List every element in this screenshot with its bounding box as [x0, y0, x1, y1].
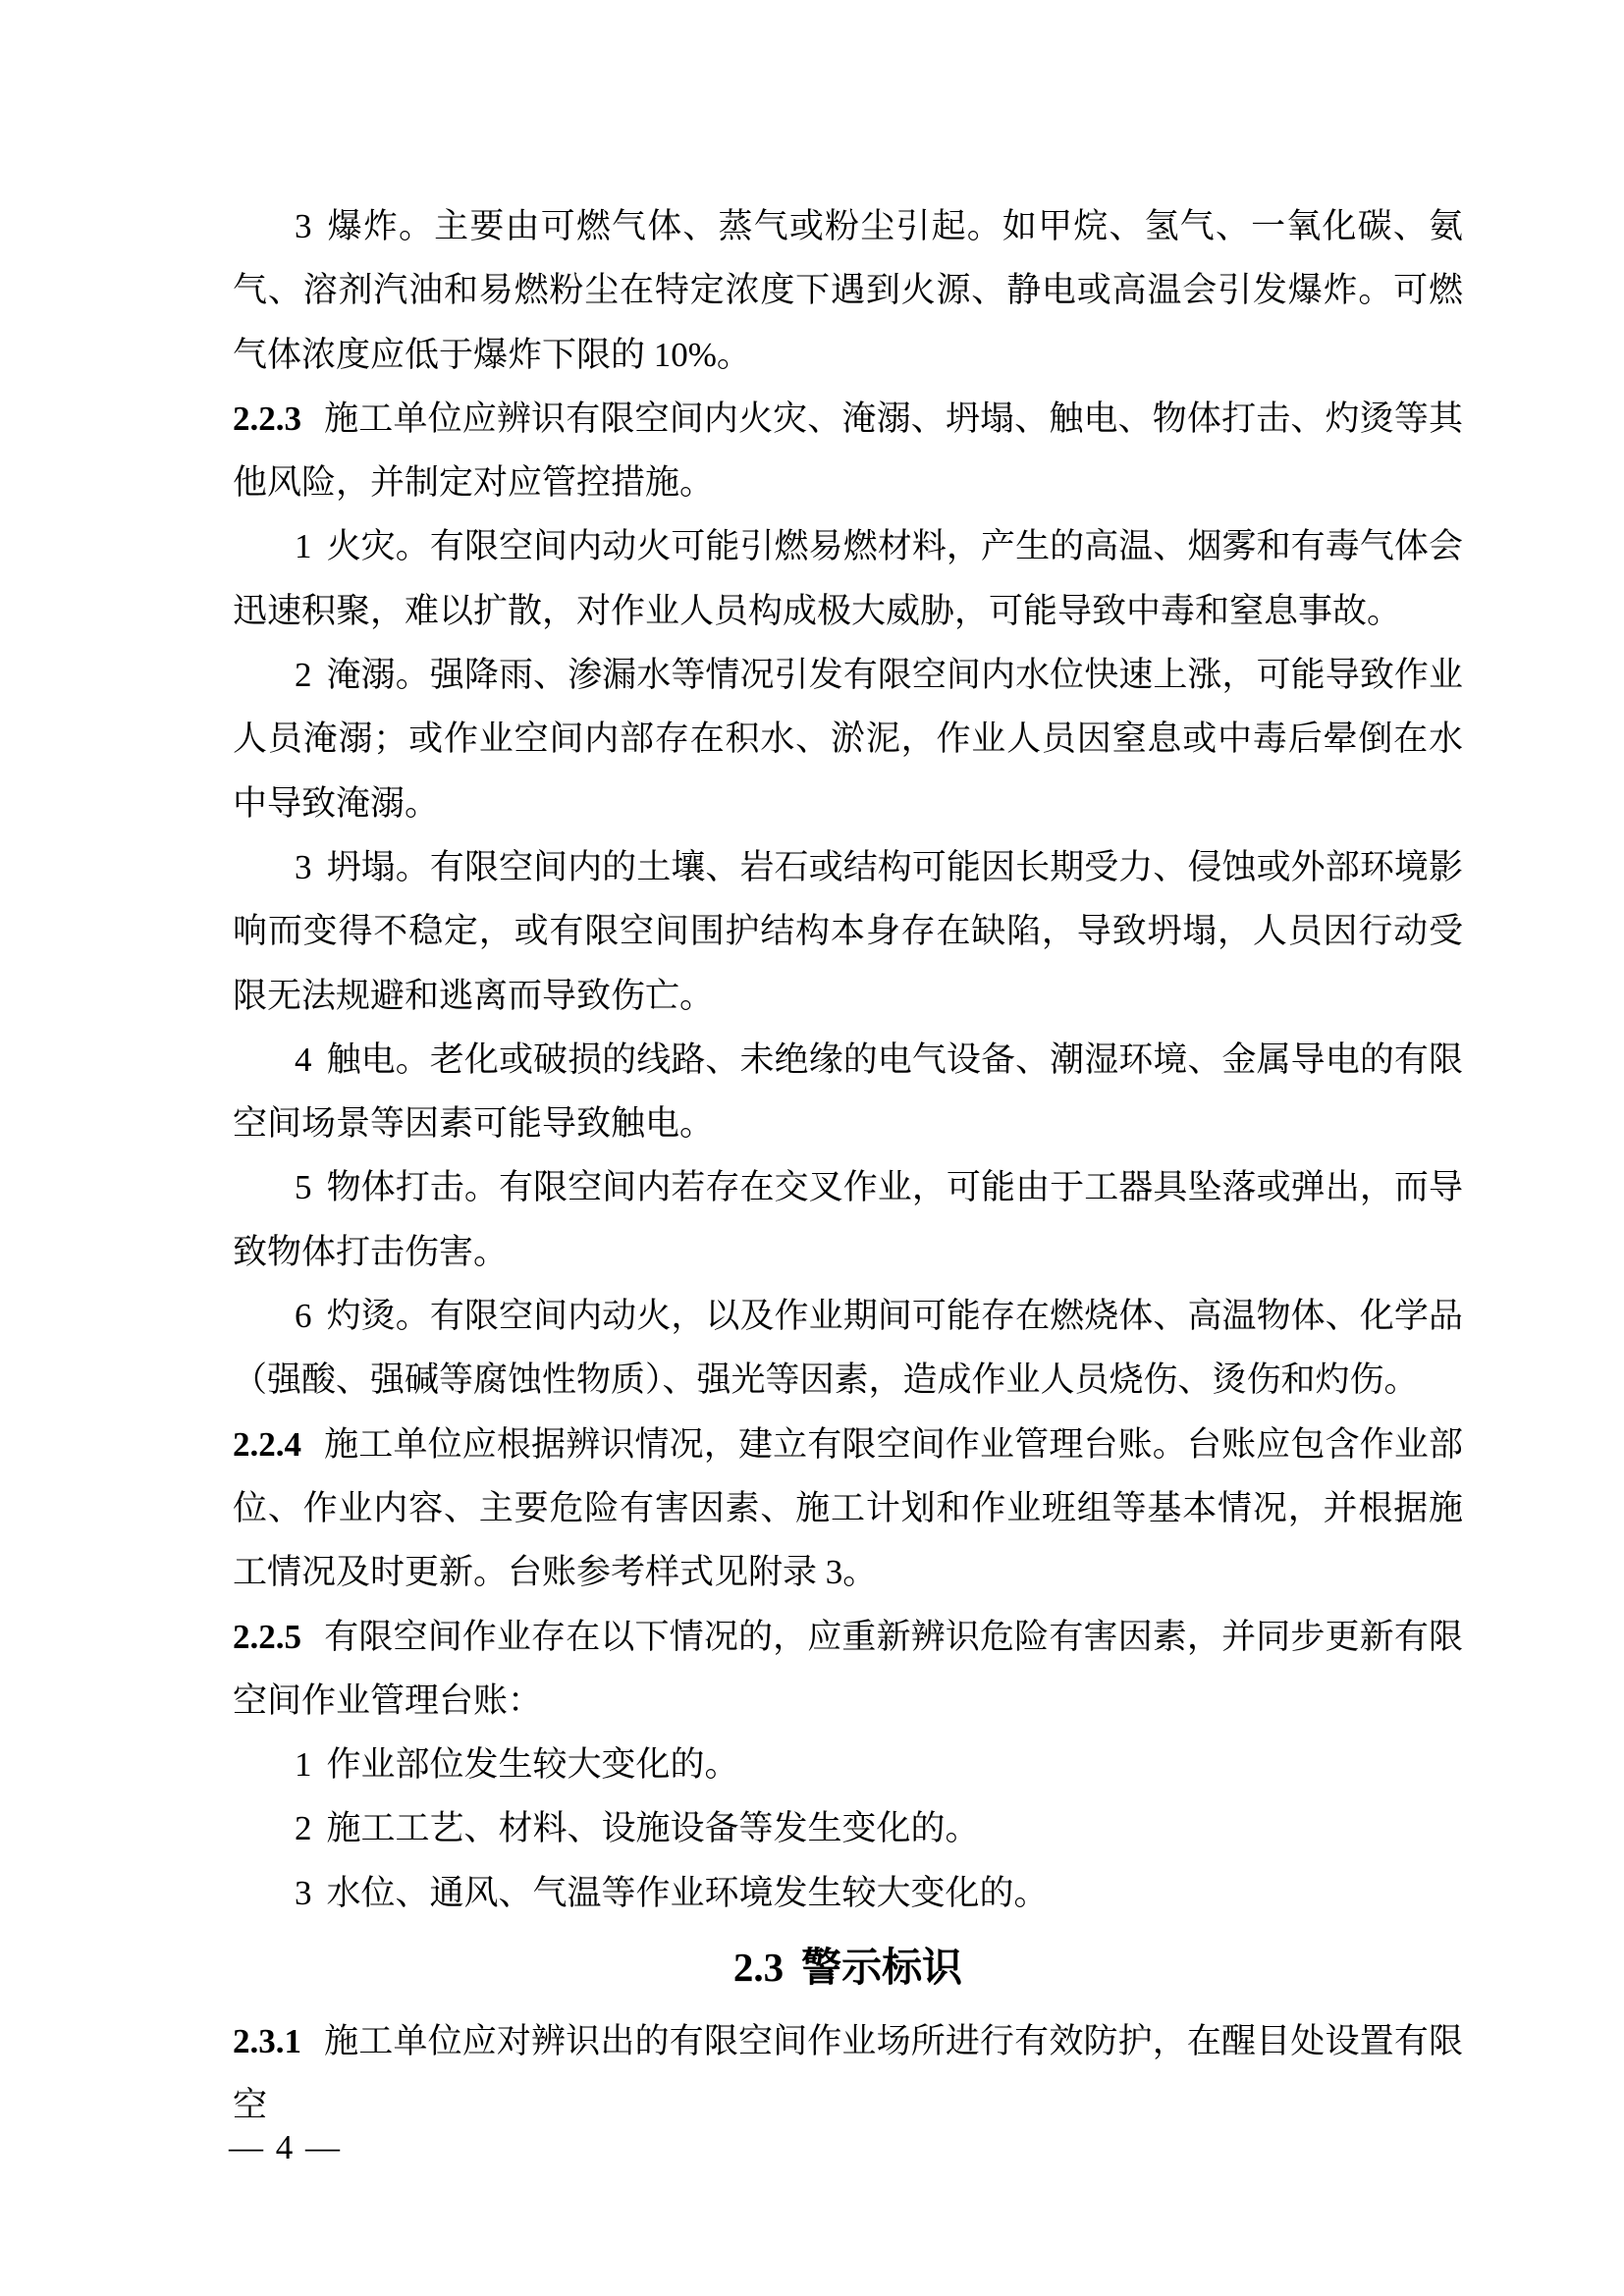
paragraph-number: 3 [295, 207, 312, 245]
clause-paragraph: 2.2.4施工单位应根据辨识情况，建立有限空间作业管理台账。台账应包含作业部位、… [233, 1413, 1463, 1605]
paragraph-text: 火灾。有限空间内动火可能引燃易燃材料，产生的高温、烟雾和有毒气体会迅速积聚，难以… [233, 527, 1463, 629]
item-paragraph: 1火灾。有限空间内动火可能引燃易燃材料，产生的高温、烟雾和有毒气体会迅速积聚，难… [233, 514, 1463, 643]
paragraph-number: 1 [295, 527, 312, 565]
item-paragraph: 3水位、通风、气温等作业环境发生较大变化的。 [233, 1861, 1463, 1925]
paragraph-number: 2.2.3 [233, 400, 301, 438]
clause-paragraph: 2.3.1施工单位应对辨识出的有限空间作业场所进行有效防护，在醒目处设置有限空 [233, 2009, 1463, 2138]
item-paragraph: 2施工工艺、材料、设施设备等发生变化的。 [233, 1796, 1463, 1860]
item-paragraph: 4触电。老化或破损的线路、未绝缘的电气设备、潮湿环境、金属导电的有限空间场景等因… [233, 1028, 1463, 1156]
paragraph-number: 2 [295, 656, 312, 694]
paragraph-text: 施工单位应对辨识出的有限空间作业场所进行有效防护，在醒目处设置有限空 [233, 2022, 1463, 2124]
paragraph-number: 1 [295, 1745, 312, 1784]
paragraph-number: 5 [295, 1168, 312, 1206]
clause-paragraph: 2.2.3施工单位应辨识有限空间内火灾、淹溺、坍塌、触电、物体打击、灼烫等其他风… [233, 387, 1463, 515]
paragraph-number: 3 [295, 848, 312, 886]
paragraph-text: 物体打击。有限空间内若存在交叉作业，可能由于工器具坠落或弹出，而导致物体打击伤害… [233, 1168, 1463, 1270]
document-page: 3爆炸。主要由可燃气体、蒸气或粉尘引起。如甲烷、氢气、一氧化碳、氨气、溶剂汽油和… [0, 0, 1624, 2296]
item-paragraph: 2淹溺。强降雨、渗漏水等情况引发有限空间内水位快速上涨，可能导致作业人员淹溺；或… [233, 643, 1463, 835]
paragraph-number: 2.3.1 [233, 2022, 301, 2060]
paragraph-number: 2.2.5 [233, 1618, 301, 1656]
item-paragraph: 5物体打击。有限空间内若存在交叉作业，可能由于工器具坠落或弹出，而导致物体打击伤… [233, 1155, 1463, 1284]
item-paragraph: 6灼烫。有限空间内动火，以及作业期间可能存在燃烧体、高温物体、化学品（强酸、强碱… [233, 1284, 1463, 1413]
paragraph-text: 作业部位发生较大变化的。 [327, 1745, 739, 1784]
section-number: 2.3 [733, 1945, 784, 1990]
paragraph-text: 触电。老化或破损的线路、未绝缘的电气设备、潮湿环境、金属导电的有限空间场景等因素… [233, 1041, 1463, 1143]
clause-paragraph: 2.2.5有限空间作业存在以下情况的，应重新辨识危险有害因素，并同步更新有限空间… [233, 1605, 1463, 1734]
paragraph-text: 灼烫。有限空间内动火，以及作业期间可能存在燃烧体、高温物体、化学品（强酸、强碱等… [233, 1297, 1463, 1399]
paragraph-number: 4 [295, 1041, 312, 1079]
paragraph-text: 施工单位应辨识有限空间内火灾、淹溺、坍塌、触电、物体打击、灼烫等其他风险，并制定… [233, 400, 1463, 502]
paragraph-text: 淹溺。强降雨、渗漏水等情况引发有限空间内水位快速上涨，可能导致作业人员淹溺；或作… [233, 656, 1463, 823]
section-title: 警示标识 [801, 1945, 962, 1990]
section-heading: 2.3警示标识 [233, 1925, 1463, 2009]
paragraph-text: 有限空间作业存在以下情况的，应重新辨识危险有害因素，并同步更新有限空间作业管理台… [233, 1618, 1463, 1720]
paragraph-text: 爆炸。主要由可燃气体、蒸气或粉尘引起。如甲烷、氢气、一氧化碳、氨气、溶剂汽油和易… [233, 207, 1463, 374]
item-paragraph: 1作业部位发生较大变化的。 [233, 1733, 1463, 1796]
paragraph-number: 2 [295, 1809, 312, 1847]
paragraph-number: 6 [295, 1297, 312, 1335]
document-body: 3爆炸。主要由可燃气体、蒸气或粉尘引起。如甲烷、氢气、一氧化碳、氨气、溶剂汽油和… [233, 194, 1463, 2138]
page-number: — 4 — [229, 2126, 342, 2169]
item-paragraph: 3坍塌。有限空间内的土壤、岩石或结构可能因长期受力、侵蚀或外部环境影响而变得不稳… [233, 835, 1463, 1028]
paragraph-text: 施工工艺、材料、设施设备等发生变化的。 [327, 1809, 980, 1847]
paragraph-text: 坍塌。有限空间内的土壤、岩石或结构可能因长期受力、侵蚀或外部环境影响而变得不稳定… [233, 848, 1463, 1015]
item-paragraph: 3爆炸。主要由可燃气体、蒸气或粉尘引起。如甲烷、氢气、一氧化碳、氨气、溶剂汽油和… [233, 194, 1463, 387]
paragraph-number: 2.2.4 [233, 1425, 301, 1464]
paragraph-text: 施工单位应根据辨识情况，建立有限空间作业管理台账。台账应包含作业部位、作业内容、… [233, 1425, 1463, 1592]
paragraph-number: 3 [295, 1874, 312, 1912]
paragraph-text: 水位、通风、气温等作业环境发生较大变化的。 [327, 1874, 1049, 1912]
